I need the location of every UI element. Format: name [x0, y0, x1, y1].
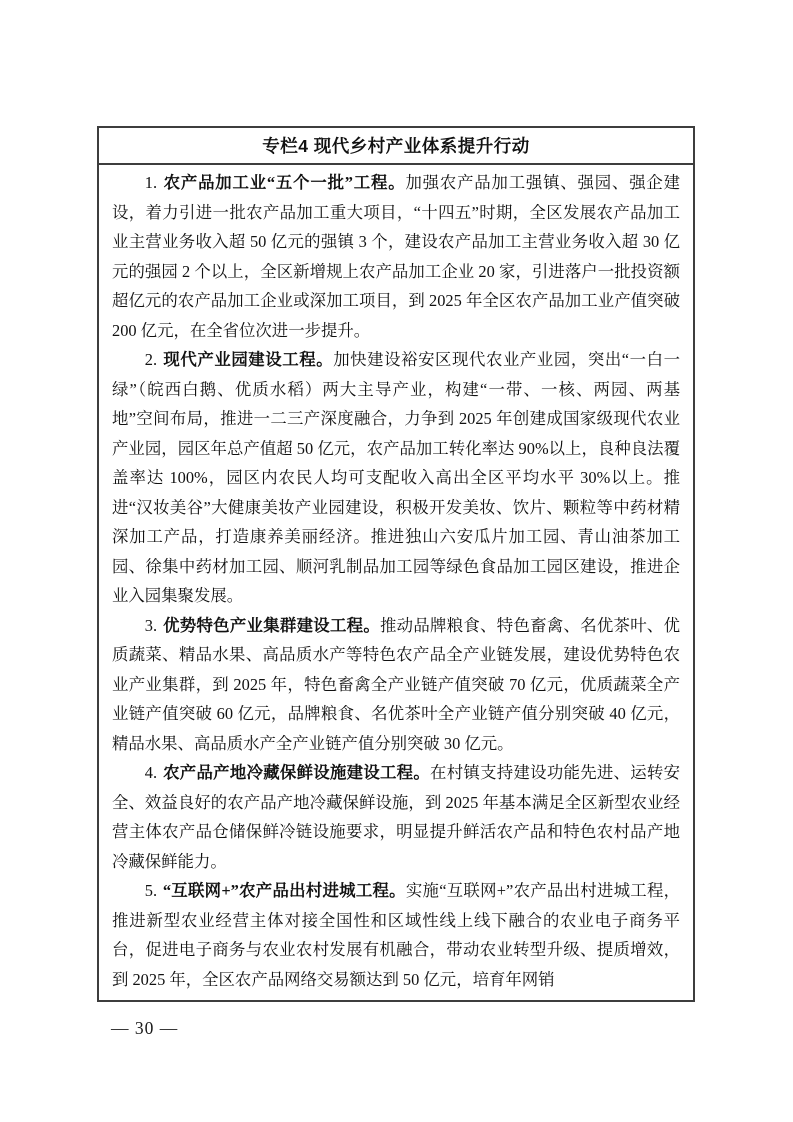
page-number: — 30 — [111, 1016, 178, 1040]
column-box-header: 专栏4 现代乡村产业体系提升行动 [99, 128, 693, 165]
paragraph-number: 2. [145, 350, 163, 369]
paragraph-lead: 农产品产地冷藏保鲜设施建设工程。 [163, 763, 430, 782]
paragraph-number: 1. [145, 173, 163, 192]
paragraph: 4.农产品产地冷藏保鲜设施建设工程。在村镇支持建设功能先进、运转安全、效益良好的… [112, 758, 680, 876]
paragraph-number: 3. [145, 616, 163, 635]
paragraph-body: 推动品牌粮食、特色畜禽、名优茶叶、优质蔬菜、精品水果、高品质水产等特色农产品全产… [112, 616, 680, 753]
paragraph-number: 5. [145, 881, 163, 900]
paragraph: 2.现代产业园建设工程。加快建设裕安区现代农业产业园，突出“一白一绿”（皖西白鹅… [112, 345, 680, 611]
paragraph: 1.农产品加工业“五个一批”工程。加强农产品加工强镇、强园、强企建设，着力引进一… [112, 168, 680, 345]
paragraph-lead: “互联网+”农产品出村进城工程。 [163, 881, 406, 900]
paragraph: 3.优势特色产业集群建设工程。推动品牌粮食、特色畜禽、名优茶叶、优质蔬菜、精品水… [112, 611, 680, 759]
column-box: 专栏4 现代乡村产业体系提升行动 1.农产品加工业“五个一批”工程。加强农产品加… [97, 126, 695, 1002]
paragraph-body: 加强农产品加工强镇、强园、强企建设，着力引进一批农产品加工重大项目，“十四五”时… [112, 173, 680, 340]
paragraph-lead: 现代产业园建设工程。 [163, 350, 333, 369]
paragraph-lead: 农产品加工业“五个一批”工程。 [163, 173, 406, 192]
paragraph-body: 加快建设裕安区现代农业产业园，突出“一白一绿”（皖西白鹅、优质水稻）两大主导产业… [112, 350, 680, 605]
column-box-body: 1.农产品加工业“五个一批”工程。加强农产品加工强镇、强园、强企建设，着力引进一… [99, 165, 693, 1000]
paragraph-lead: 优势特色产业集群建设工程。 [163, 616, 380, 635]
paragraph: 5.“互联网+”农产品出村进城工程。实施“互联网+”农产品出村进城工程，推进新型… [112, 876, 680, 994]
column-box-title: 专栏4 现代乡村产业体系提升行动 [262, 133, 530, 158]
paragraph-number: 4. [145, 763, 163, 782]
